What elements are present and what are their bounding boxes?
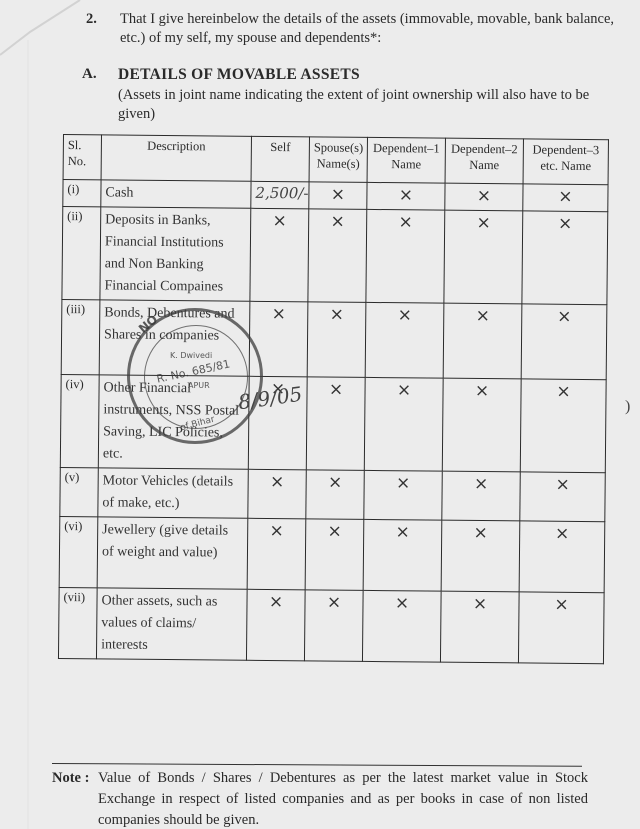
table-row: (vi) Jewellery (give details of weight a…	[59, 516, 605, 592]
table-row: (v) Motor Vehicles (details of make, etc…	[60, 467, 605, 521]
row-sl-no: (ii)	[62, 207, 101, 300]
row-sl-no: (iv)	[60, 374, 99, 467]
cross-mark: ×	[248, 469, 306, 519]
cross-mark: ×	[520, 379, 606, 473]
cross-mark: ×	[304, 590, 363, 662]
cross-mark: ×	[246, 589, 305, 661]
cross-mark: ×	[364, 377, 443, 471]
section-subtitle: (Assets in joint name indicating the ext…	[118, 86, 618, 124]
section-title: DETAILS OF MOVABLE ASSETS	[118, 66, 360, 84]
cross-mark: ×	[521, 304, 607, 380]
cross-mark: ×	[365, 302, 444, 378]
note-label: Note :	[52, 768, 89, 789]
cross-mark: ×	[306, 377, 365, 471]
cross-mark: ×	[441, 520, 520, 592]
note-text: Value of Bonds / Shares / Debentures as …	[98, 768, 588, 829]
cross-mark: ×	[444, 210, 523, 304]
cross-mark: ×	[523, 184, 608, 212]
cross-mark: ×	[518, 592, 604, 664]
header-description: Description	[101, 135, 251, 181]
stamp-place: APUR	[188, 381, 210, 390]
paragraph-text: That I give hereinbelow the details of t…	[120, 10, 630, 48]
section-letter: A.	[82, 66, 97, 83]
table-row: (vii) Other assets, such as values of cl…	[58, 587, 604, 663]
cross-mark: ×	[364, 470, 442, 520]
stamp-name: K. Dwivedi	[170, 351, 212, 360]
header-sl-no: Sl. No.	[63, 135, 101, 180]
cross-mark: ×	[443, 303, 522, 379]
header-self: Self	[251, 136, 309, 182]
paragraph-number: 2.	[86, 10, 97, 29]
row-sl-no: (i)	[63, 180, 101, 207]
cash-self-value: 2,500/-	[251, 181, 309, 209]
cross-mark: ×	[308, 209, 367, 303]
cross-mark: ×	[247, 518, 306, 590]
header-dependent-3: Dependent–3 etc. Name	[523, 139, 608, 185]
cross-mark: ×	[440, 591, 519, 663]
cross-mark: ×	[519, 521, 605, 593]
header-dependent-1: Dependent–1 Name	[367, 137, 445, 183]
row-description: Other assets, such as values of claims/ …	[96, 588, 247, 660]
header-dependent-2: Dependent–2 Name	[445, 138, 523, 184]
cross-mark: ×	[362, 590, 441, 662]
cross-mark: ×	[522, 211, 608, 305]
cross-mark: ×	[363, 519, 442, 591]
row-description: Deposits in Banks, Financial Institution…	[100, 207, 251, 301]
table-row: (ii) Deposits in Banks, Financial Instit…	[62, 207, 608, 305]
cross-mark: ×	[307, 302, 366, 378]
margin-mark: )	[625, 398, 630, 416]
cross-mark: ×	[250, 208, 309, 302]
cross-mark: ×	[309, 182, 367, 210]
row-description: Cash	[101, 180, 251, 208]
row-sl-no: (v)	[60, 467, 98, 516]
cross-mark: ×	[305, 519, 364, 591]
row-sl-no: (iii)	[61, 299, 100, 374]
header-spouse: Spouse(s) Name(s)	[309, 137, 367, 183]
note-divider	[52, 763, 582, 767]
row-description: Motor Vehicles (details of make, etc.)	[98, 468, 248, 518]
cross-mark: ×	[366, 209, 445, 303]
cross-mark: ×	[520, 472, 605, 522]
row-description: Jewellery (give details of weight and va…	[97, 517, 248, 589]
cross-mark: ×	[442, 471, 520, 521]
row-sl-no: (vi)	[59, 516, 98, 587]
notary-stamp: NO K. Dwivedi R. No. 685/81 APUR of Biha…	[127, 308, 263, 444]
row-sl-no: (vii)	[58, 587, 97, 658]
cross-mark: ×	[367, 182, 445, 210]
table-header-row: Sl. No. Description Self Spouse(s) Name(…	[63, 135, 608, 185]
cross-mark: ×	[445, 183, 523, 211]
cross-mark: ×	[442, 378, 521, 472]
cross-mark: ×	[306, 470, 364, 520]
